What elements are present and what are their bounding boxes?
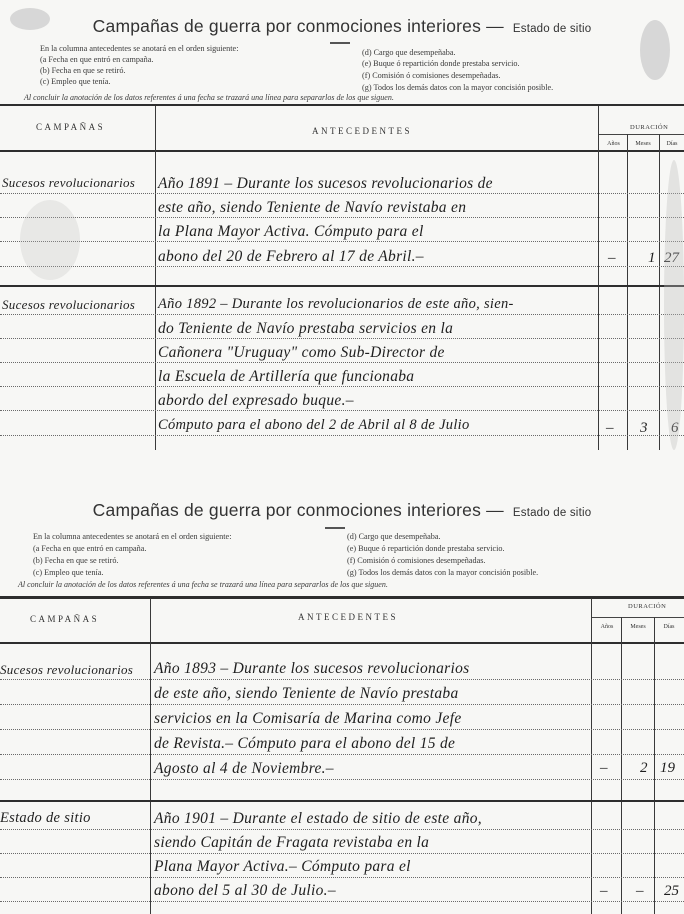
scan-noise [10, 8, 50, 30]
header-antecedentes: ANTECEDENTES [298, 612, 398, 622]
ruled-line [0, 679, 684, 680]
entry-4-dias: 25 [664, 883, 679, 900]
instruction-a: (a Fecha en que entró en campaña. [33, 544, 146, 553]
scan-noise [640, 20, 670, 80]
header-campanas: CAMPAÑAS [30, 614, 99, 624]
header-bottom-rule [0, 642, 684, 644]
entry-3-meses: 2 [640, 760, 648, 777]
ruled-line [0, 754, 684, 755]
ruled-line [0, 829, 684, 830]
instruction-f: (f) Comisión ó comisiones desempeñadas. [347, 556, 485, 565]
instructions-intro: En la columna antecedentes se anotará en… [33, 532, 231, 541]
entry-4-line-1: Año 1901 – Durante el estado de sitio de… [154, 810, 482, 828]
entry-3-line-5: Agosto al 4 de Noviembre.– [154, 760, 334, 778]
entry-3-line-4: de Revista.– Cómputo para el abono del 1… [154, 735, 455, 753]
entry-separator [0, 800, 684, 802]
title-sub: Estado de sitio [513, 507, 591, 519]
title-main: Campañas de guerra por conmociones inter… [93, 500, 504, 520]
ruled-line [0, 853, 684, 854]
col-divider-antecedentes [591, 598, 592, 914]
instruction-e: (e) Buque ó repartición donde prestaba s… [347, 544, 505, 553]
header-anos: Años [592, 624, 622, 630]
col-divider-anos [621, 617, 622, 914]
entry-3-dias: 19 [660, 760, 675, 777]
entry-4-line-3: Plana Mayor Activa.– Cómputo para el [154, 858, 411, 876]
title-underline [325, 527, 345, 529]
ruled-line [0, 779, 684, 780]
scan-noise [20, 200, 80, 280]
entry-3-line-1: Año 1893 – Durante los sucesos revolucio… [154, 660, 469, 678]
closing-note: Al concluir la anotación de los datos re… [18, 580, 388, 589]
header-duracion: DURACIÓN [628, 603, 666, 610]
ruled-line [0, 704, 684, 705]
entry-4-campana: Estado de sitio [0, 810, 91, 827]
ruled-line [0, 729, 684, 730]
form-section-2: Campañas de guerra por conmociones inter… [0, 0, 684, 914]
header-dias: Días [654, 624, 684, 630]
instruction-d: (d) Cargo que desempeñaba. [347, 532, 441, 541]
instruction-b: (b) Fecha en que se retiró. [33, 556, 118, 565]
instruction-c: (c) Empleo que tenía. [33, 568, 103, 577]
instruction-g: (g) Todos los demás datos con la mayor c… [347, 568, 538, 577]
ruled-line [0, 877, 684, 878]
entry-4-line-2: siendo Capitán de Fragata revistaba en l… [154, 834, 429, 852]
entry-4-meses: – [636, 883, 644, 900]
entry-3-line-2: de este año, siendo Teniente de Navío pr… [154, 685, 459, 703]
entry-3-line-3: servicios en la Comisaría de Marina como… [154, 710, 462, 728]
ruled-line [0, 901, 684, 902]
form-title: Campañas de guerra por conmociones inter… [0, 500, 684, 521]
entry-4-line-4: abono del 5 al 30 de Julio.– [154, 882, 336, 900]
entry-3-anos: – [600, 760, 608, 777]
col-divider-meses [654, 617, 655, 914]
header-top-rule [0, 596, 684, 599]
entry-3-campana: Sucesos revolucionarios [0, 662, 133, 678]
col-divider-campanas [150, 598, 151, 914]
header-meses: Meses [622, 624, 654, 630]
duracion-divider [592, 617, 684, 618]
entry-4-anos: – [600, 883, 608, 900]
scan-noise [664, 160, 684, 450]
